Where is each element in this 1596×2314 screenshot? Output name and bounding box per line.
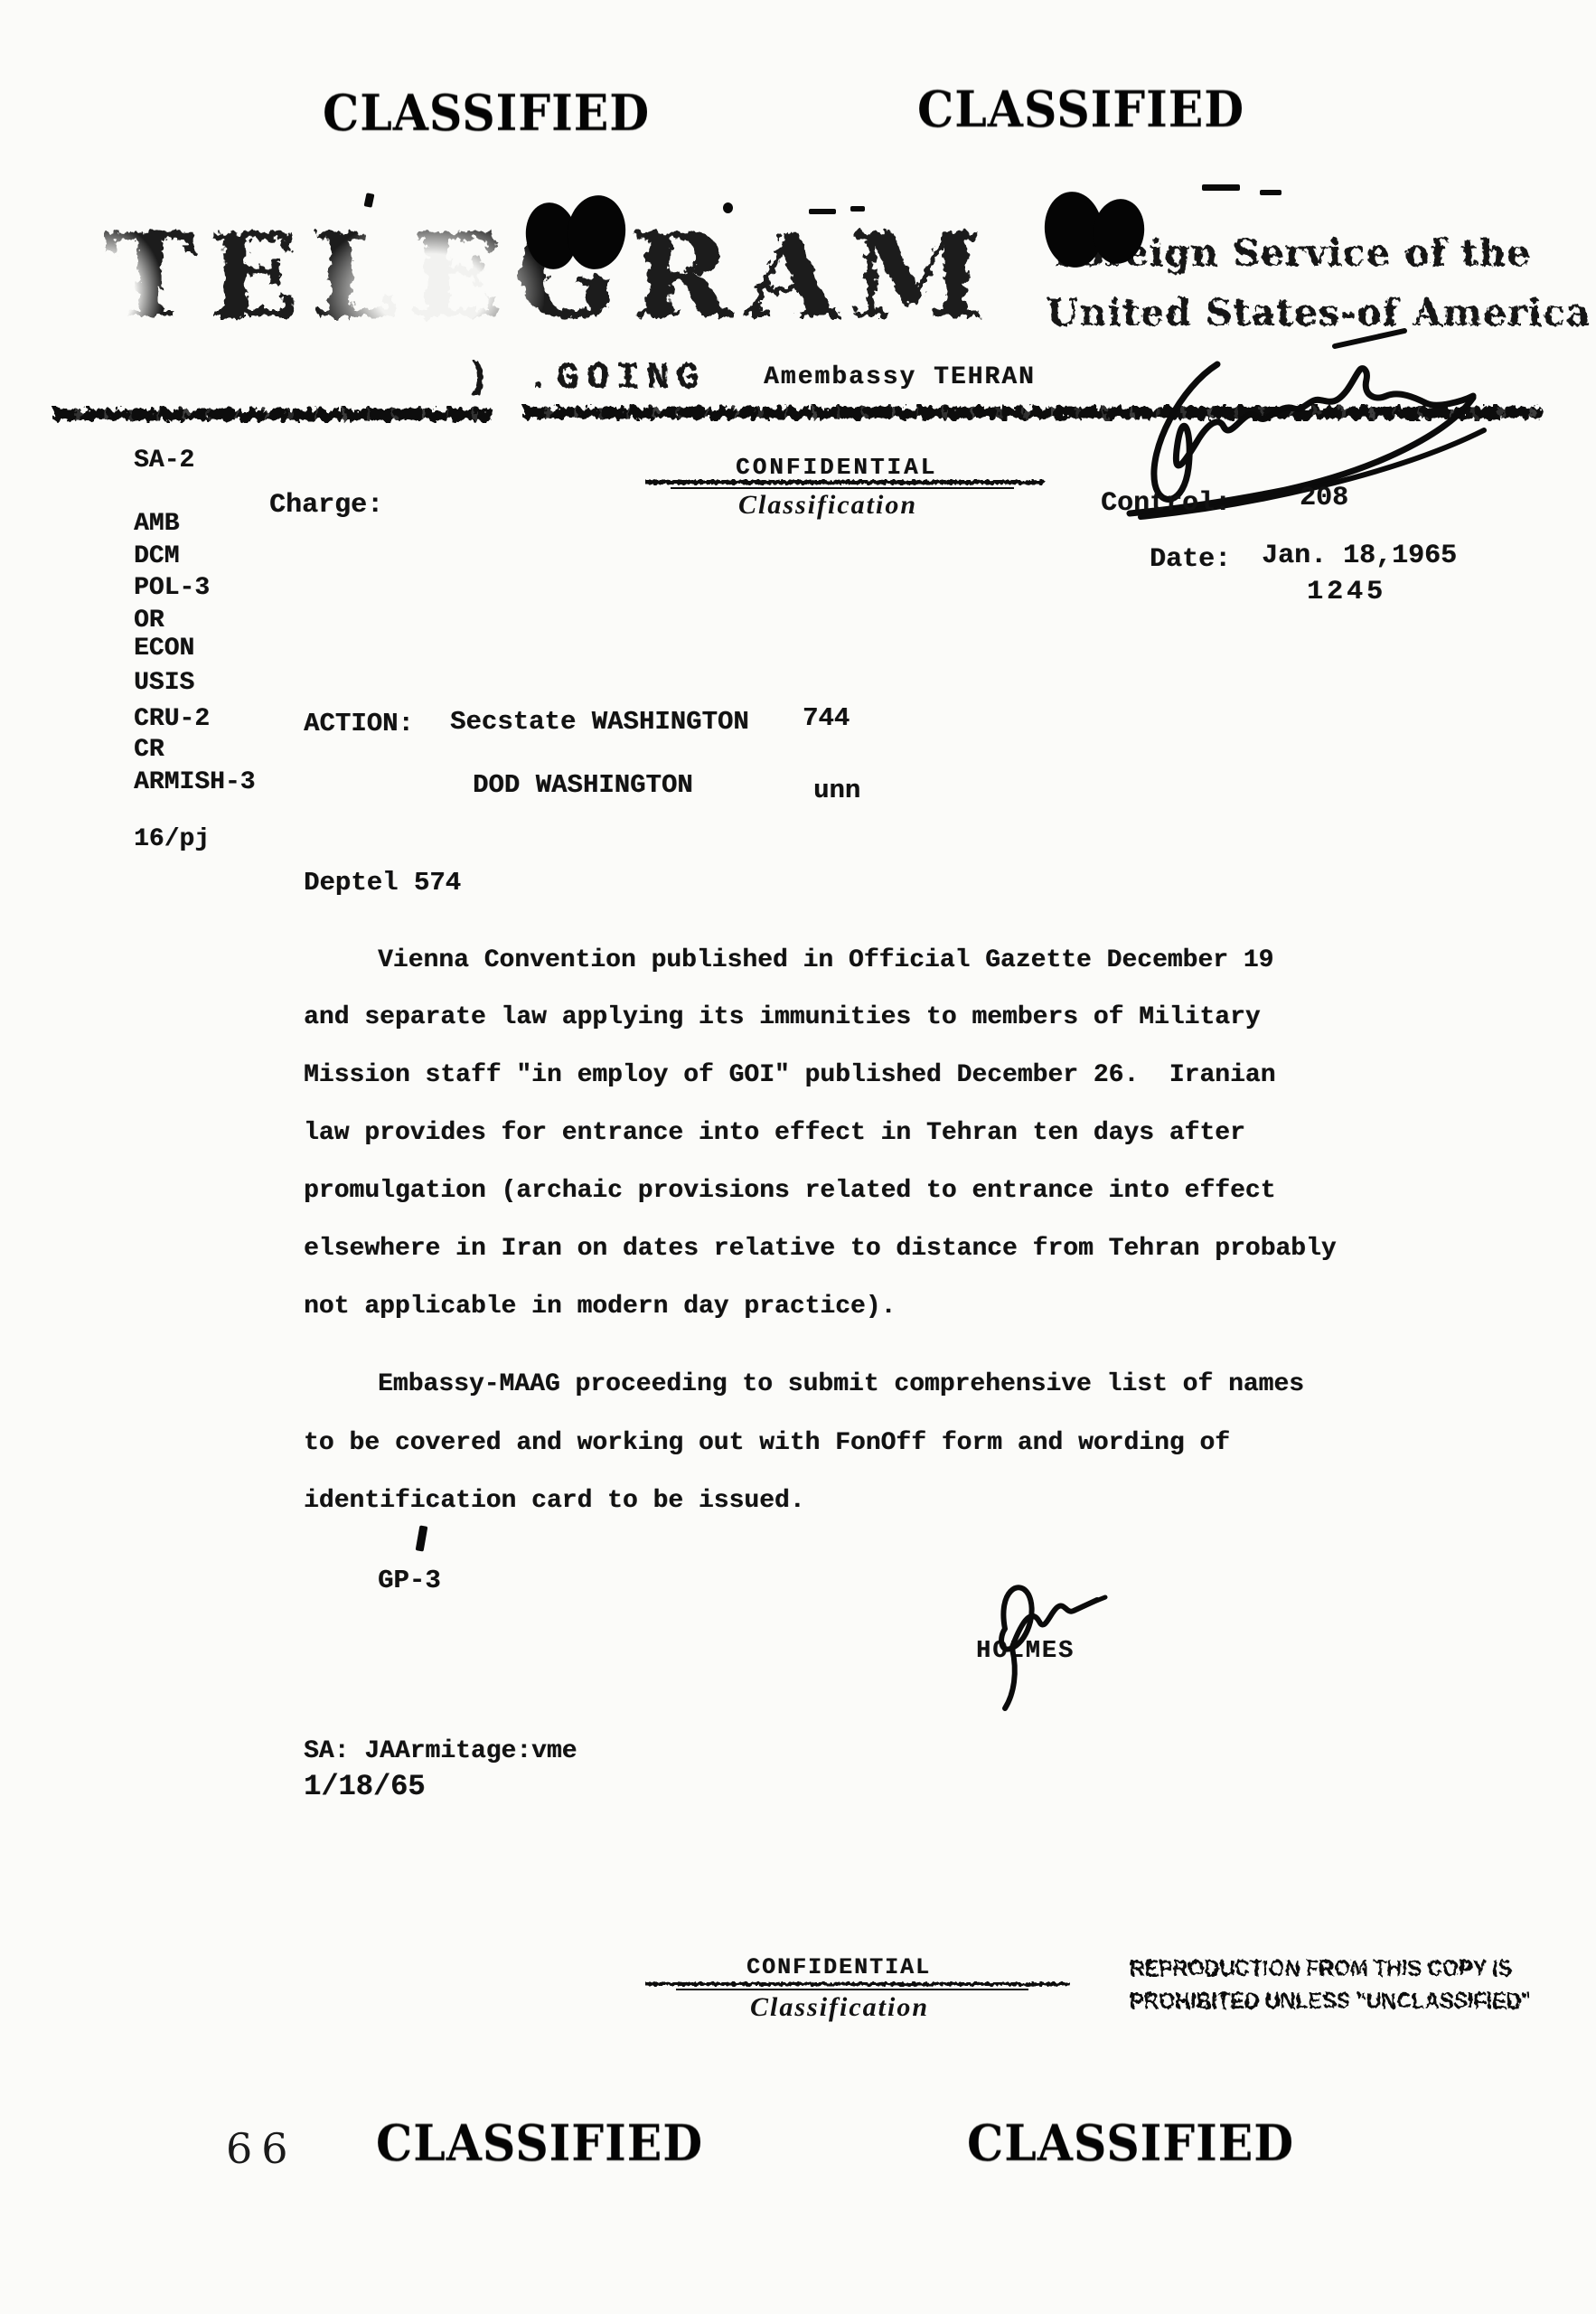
classified-stamp-top-left: CLASSIFIED bbox=[323, 83, 650, 142]
draft-date-line: 1/18/65 bbox=[304, 1770, 425, 1803]
caption-code: GP-3 bbox=[378, 1566, 441, 1595]
origin-post-label: Amembassy TEHRAN bbox=[764, 363, 1036, 391]
separator-bar-left bbox=[52, 409, 493, 420]
ink-speck bbox=[1202, 184, 1240, 191]
reproduction-notice-line2: PROHIBITED UNLESS "UNCLASSIFIED" bbox=[1130, 1989, 1562, 2015]
outgoing-label: ) .GOING bbox=[466, 356, 707, 400]
routing-item-usis: USIS bbox=[134, 669, 194, 697]
body-line: Vienna Convention published in Official … bbox=[378, 946, 1273, 974]
routing-item-cru2: CRU-2 bbox=[134, 705, 210, 733]
classification-stamp-bottom: CONFIDENTIAL bbox=[746, 1954, 931, 1980]
classified-stamp-bottom-left: CLASSIFIED bbox=[376, 2113, 703, 2172]
action-message-number-2: unn bbox=[813, 776, 860, 805]
classification-stamp-top: CONFIDENTIAL bbox=[736, 454, 937, 481]
body-line: elsewhere in Iran on dates relative to d… bbox=[304, 1235, 1337, 1263]
ink-fade-patch bbox=[318, 215, 544, 369]
body-line: law provides for entrance into effect in… bbox=[304, 1119, 1245, 1147]
routing-item-amb: AMB bbox=[134, 510, 179, 538]
reproduction-notice-line1: REPRODUCTION FROM THIS COPY IS bbox=[1130, 1956, 1541, 1982]
classified-stamp-bottom-right: CLASSIFIED bbox=[967, 2113, 1294, 2172]
ink-fade-patch bbox=[54, 224, 163, 360]
routing-item-sa2: SA-2 bbox=[134, 447, 194, 475]
classification-underline-bottom-thin bbox=[676, 1989, 1028, 1990]
charge-label: Charge: bbox=[269, 490, 383, 521]
body-line: not applicable in modern day practice). bbox=[304, 1293, 896, 1321]
routing-item-or: OR bbox=[134, 607, 164, 635]
handwritten-holmes-signature bbox=[972, 1573, 1108, 1713]
ink-speck bbox=[364, 193, 375, 208]
drafter-initials: 16/pj bbox=[134, 825, 210, 853]
classification-caption-bottom: Classification bbox=[750, 1992, 929, 2023]
body-line: and separate law applying its immunities… bbox=[304, 1003, 1261, 1031]
routing-item-dcm: DCM bbox=[134, 542, 179, 570]
routing-item-pol3: POL-3 bbox=[134, 574, 210, 602]
ink-speck bbox=[809, 209, 836, 214]
action-addressee-1: Secstate WASHINGTON bbox=[450, 707, 749, 737]
page-number: 66 bbox=[226, 2124, 297, 2173]
control-label: Control: bbox=[1101, 488, 1231, 519]
time-value: 1245 bbox=[1307, 577, 1386, 607]
reproduction-notice-text2: PROHIBITED UNLESS "UNCLASSIFIED" bbox=[1130, 1989, 1531, 2015]
action-addressee-2: DOD WASHINGTON bbox=[473, 770, 693, 800]
routing-item-econ: ECON bbox=[134, 635, 194, 663]
ink-speck bbox=[723, 202, 733, 213]
date-label: Date: bbox=[1150, 544, 1231, 575]
body-line: Mission staff "in employ of GOI" publish… bbox=[304, 1061, 1275, 1089]
reproduction-notice-text1: REPRODUCTION FROM THIS COPY IS bbox=[1130, 1956, 1512, 1982]
classification-underline-thin bbox=[671, 487, 1014, 489]
routing-item-cr: CR bbox=[134, 736, 164, 764]
body-line: promulgation (archaic provisions related… bbox=[304, 1177, 1275, 1205]
telegram-document-page: CLASSIFIED CLASSIFIED TELEGRAM Foreign S… bbox=[0, 0, 1596, 2314]
routing-item-armish3: ARMISH-3 bbox=[134, 768, 255, 796]
ink-speck bbox=[850, 206, 865, 212]
body-line: identification card to be issued. bbox=[304, 1487, 805, 1515]
ink-speck bbox=[1260, 190, 1281, 195]
action-label: ACTION: bbox=[304, 709, 414, 738]
body-line: to be covered and working out with FonOf… bbox=[304, 1429, 1230, 1457]
classification-caption-top: Classification bbox=[738, 490, 917, 521]
classified-stamp-top-right: CLASSIFIED bbox=[917, 80, 1244, 138]
body-line: Embassy-MAAG proceeding to submit compre… bbox=[378, 1370, 1304, 1398]
control-number: 208 bbox=[1300, 483, 1348, 513]
classification-underline-bottom bbox=[645, 1982, 1070, 1986]
date-value: Jan. 18,1965 bbox=[1262, 541, 1457, 571]
reference-line: Deptel 574 bbox=[304, 868, 461, 898]
ink-caret-mark bbox=[416, 1525, 428, 1551]
classification-underline bbox=[645, 480, 1045, 484]
action-message-number-1: 744 bbox=[803, 703, 850, 733]
drafted-by-line: SA: JAArmitage:vme bbox=[304, 1737, 577, 1765]
